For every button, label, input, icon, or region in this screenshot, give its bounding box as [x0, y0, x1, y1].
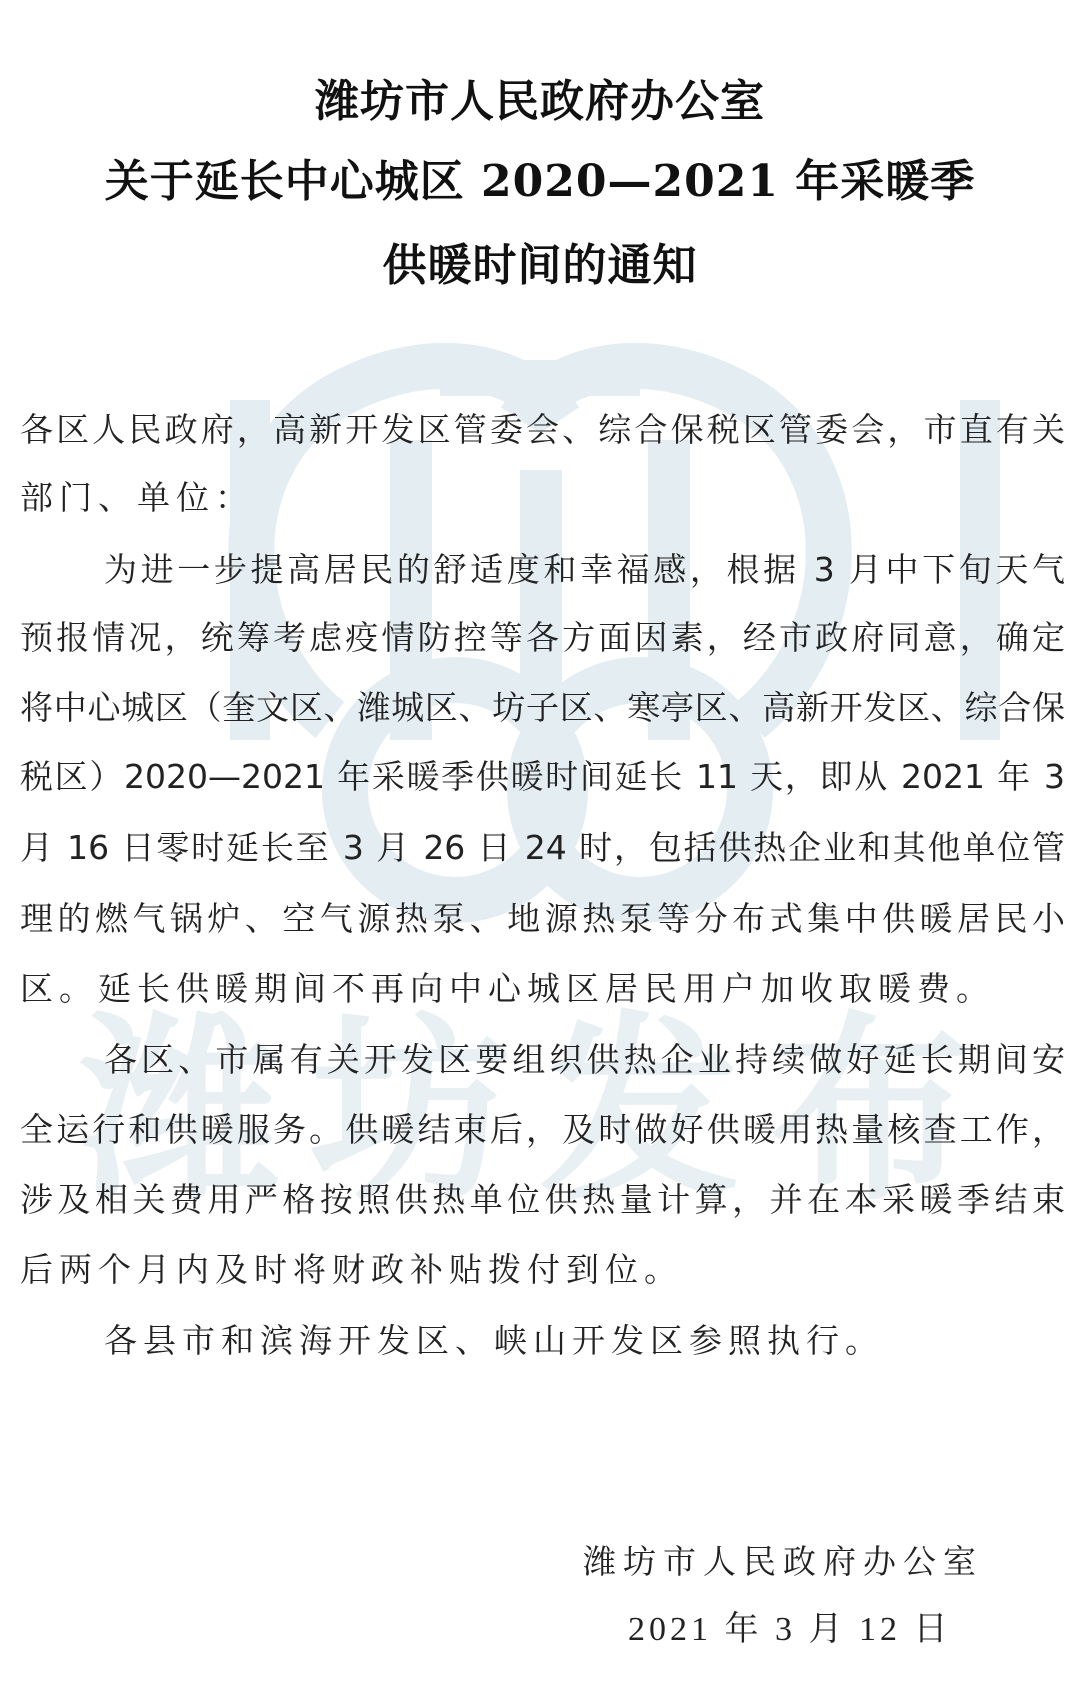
paragraph-1-line-2: 预报情况，统筹考虑疫情防控等各方面因素，经市政府同意，确定: [20, 621, 1065, 654]
signature-date: 2021 年 3 月 12 日: [628, 1613, 952, 1647]
paragraph-2-line-4: 后两个月内及时将财政补贴拨付到位。: [20, 1253, 1065, 1286]
title-line-1: 潍坊市人民政府办公室: [0, 80, 1080, 124]
paragraph-2-line-3: 涉及相关费用严格按照供热单位供热量计算，并在本采暖季结束: [20, 1183, 1065, 1216]
title-line-2: 关于延长中心城区 2020—2021 年采暖季: [0, 160, 1080, 204]
paragraph-2-line-2: 全运行和供暖服务。供暖结束后，及时做好供暖用热量核查工作，: [20, 1113, 1065, 1146]
signature-issuer: 潍坊市人民政府办公室: [583, 1545, 983, 1578]
paragraph-1-line-5: 月 16 日零时延长至 3 月 26 日 24 时，包括供热企业和其他单位管: [20, 831, 1065, 864]
addressee-line-1: 各区人民政府，高新开发区管委会、综合保税区管委会，市直有关: [20, 413, 1065, 446]
paragraph-1-line-6: 理的燃气锅炉、空气源热泵、地源热泵等分布式集中供暖居民小: [20, 902, 1065, 935]
paragraph-1-line-7: 区。延长供暖期间不再向中心城区居民用户加收取暖费。: [20, 972, 1065, 1005]
paragraph-3-line-1: 各县市和滨海开发区、峡山开发区参照执行。: [104, 1324, 1065, 1357]
paragraph-1-line-3: 将中心城区（奎文区、潍城区、坊子区、寒亭区、高新开发区、综合保: [20, 691, 1065, 724]
paragraph-1-line-1: 为进一步提高居民的舒适度和幸福感，根据 3 月中下旬天气: [104, 553, 1065, 586]
title-line-3: 供暖时间的通知: [0, 244, 1080, 288]
addressee-line-2: 部门、单位：: [20, 481, 1065, 514]
paragraph-1-line-4: 税区）2020—2021 年采暖季供暖时间延长 11 天，即从 2021 年 3: [20, 760, 1065, 793]
paragraph-2-line-1: 各区、市属有关开发区要组织供热企业持续做好延长期间安: [104, 1043, 1065, 1076]
